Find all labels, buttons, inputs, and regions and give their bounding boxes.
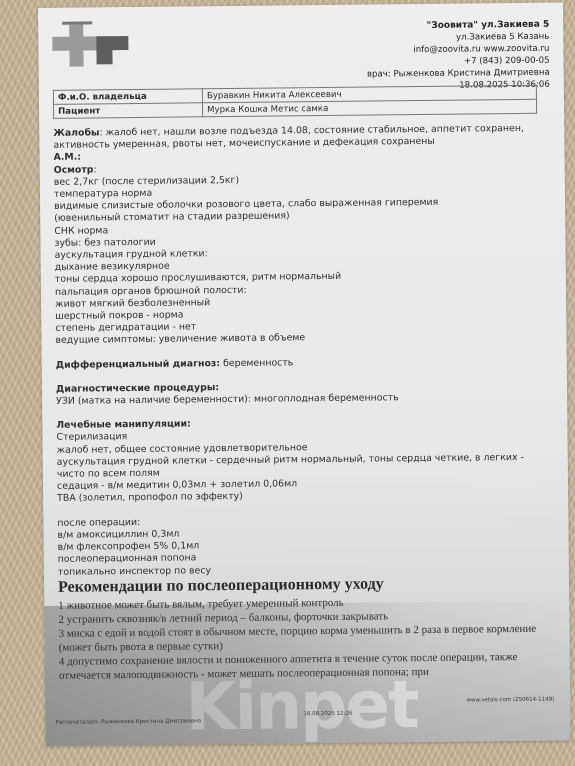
complaints-text: : жалоб нет, нашли возле подъезда 14.08,… (53, 123, 524, 151)
footer-print-datetime: 18.08.2025 12:26 (303, 711, 352, 718)
exam-lines: вес 2,7кг (после стерилизации 2,5кг) тем… (54, 172, 546, 348)
watermark: Kinpet (185, 666, 418, 745)
anamnesis-label: А.М.: (54, 152, 82, 163)
medical-record-sheet: "Зоовита" ул.Закиева 5 ул.Закиева 5 Каза… (38, 3, 571, 746)
patient-label: Пациент (54, 103, 203, 119)
footer-printed-by: Распечатала/о: Рыженкова Кристина Дмитри… (55, 718, 201, 726)
record-body: Жалобы: жалоб нет, нашли возле подъезда … (53, 123, 548, 579)
diagnostics-label: Диагностические процедуры: (56, 382, 219, 395)
clinic-logo-icon (52, 21, 133, 72)
diff-diagnosis-label: Дифференциальный диагноз: (56, 358, 220, 371)
recommendations-title: Рекомендации по послеоперационному уходу (58, 574, 553, 597)
clinic-header: "Зоовита" ул.Закиева 5 ул.Закиева 5 Каза… (366, 19, 550, 93)
treatment-label: Лечебные манипуляции: (56, 419, 191, 431)
patient-value: Мурка Кошка Метис самка (203, 99, 537, 116)
complaints-label: Жалобы (53, 127, 99, 138)
footer-source: www.vetais.com (250614-1149) (466, 697, 554, 704)
exam-label: Осмотр (54, 164, 94, 175)
patient-info-table: Ф.и.О. владельца Буравкин Никита Алексее… (53, 85, 537, 119)
diff-diagnosis-text: беременность (220, 357, 293, 369)
owner-label: Ф.и.О. владельца (53, 89, 202, 105)
